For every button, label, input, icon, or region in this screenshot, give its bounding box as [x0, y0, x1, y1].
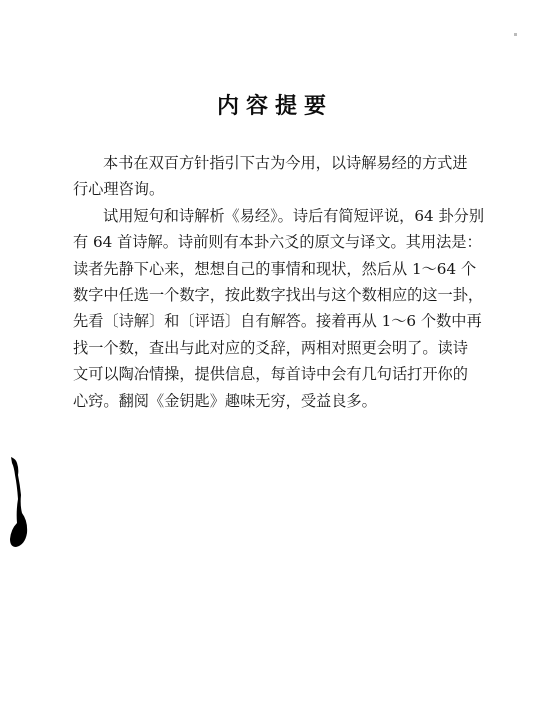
- ink-blot-mark: [8, 455, 30, 550]
- summary-body: 本书在双百方针指引下古为今用，以诗解易经的方式进 行心理咨询。 试用短句和诗解析…: [103, 150, 493, 414]
- text-line-2: 行心理咨询。: [73, 176, 493, 202]
- text-line-8: 找一个数，查出与此对应的爻辞，两相对照更会明了。读诗: [73, 335, 493, 361]
- text-line-5: 读者先静下心来，想想自己的事情和现状，然后从 1～64 个: [73, 256, 493, 282]
- text-line-4: 有 64 首诗解。诗前则有本卦六爻的原文与译文。其用法是：: [73, 229, 493, 255]
- text-line-6: 数字中任选一个数字，按此数字找出与这个数相应的这一卦，: [73, 282, 493, 308]
- text-line-9: 文可以陶冶情操，提供信息，每首诗中会有几句话打开你的: [73, 361, 493, 387]
- text-line-10: 心窍。翻阅《金钥匙》趣味无穷，受益良多。: [73, 388, 493, 414]
- text-line-1: 本书在双百方针指引下古为今用，以诗解易经的方式进: [103, 150, 493, 176]
- text-line-3: 试用短句和诗解析《易经》。诗后有简短评说，64 卦分别: [103, 203, 493, 229]
- text-line-7: 先看〔诗解〕和〔评语〕自有解答。接着再从 1～6 个数中再: [73, 308, 493, 334]
- scan-speck: [514, 33, 517, 36]
- page-title: 内容提要: [0, 89, 550, 120]
